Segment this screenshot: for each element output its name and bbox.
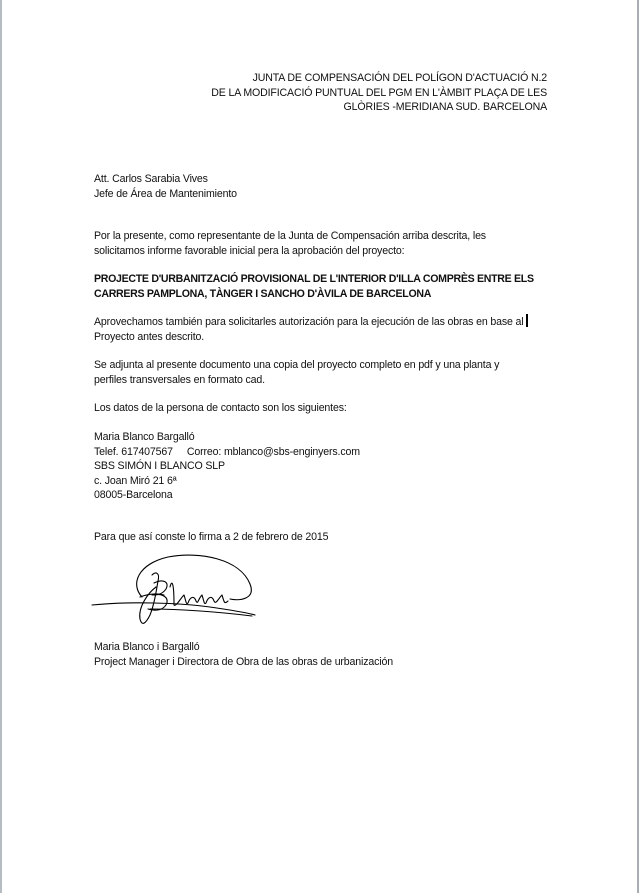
authorization-line-2: Proyecto antes descrito. bbox=[94, 330, 528, 345]
attachment-line-2: perfiles transversales en formato cad. bbox=[94, 373, 499, 388]
project-title-line-2: CARRERS PAMPLONA, TÀNGER I SANCHO D'ÀVIL… bbox=[94, 287, 534, 302]
recipient-name: Att. Carlos Sarabia Vives bbox=[94, 172, 237, 187]
letter-header: JUNTA DE COMPENSACIÓN DEL POLÍGON D'ACTU… bbox=[211, 71, 547, 115]
intro-line-2: solicitamos informe favorable inicial pe… bbox=[94, 244, 486, 259]
signature-block: Maria Blanco i Bargalló Project Manager … bbox=[94, 640, 393, 669]
text-cursor bbox=[526, 314, 528, 327]
attachment-line-1: Se adjunta al presente documento una cop… bbox=[94, 358, 499, 373]
recipient-block: Att. Carlos Sarabia Vives Jefe de Área d… bbox=[94, 172, 237, 201]
contact-intro: Los datos de la persona de contacto son … bbox=[94, 401, 347, 416]
intro-paragraph: Por la presente, como representante de l… bbox=[94, 229, 486, 258]
attachment-paragraph: Se adjunta al presente documento una cop… bbox=[94, 358, 499, 387]
contact-block: Maria Blanco Bargalló Telef. 617407567Co… bbox=[94, 430, 360, 503]
signatory-name: Maria Blanco i Bargalló bbox=[94, 640, 393, 655]
contact-address: c. Joan Miró 21 6ª bbox=[94, 474, 360, 489]
project-title: PROJECTE D'URBANITZACIÓ PROVISIONAL DE L… bbox=[94, 272, 534, 301]
authorization-line-1: Aprovechamos también para solicitarles a… bbox=[94, 316, 523, 328]
contact-email: Correo: mblanco@sbs-enginyers.com bbox=[187, 446, 360, 458]
header-line-2: DE LA MODIFICACIÓ PUNTUAL DEL PGM EN L'À… bbox=[211, 86, 547, 101]
closing-line: Para que así conste lo firma a 2 de febr… bbox=[94, 530, 328, 545]
intro-line-1: Por la presente, como representante de l… bbox=[94, 229, 486, 244]
authorization-paragraph: Aprovechamos también para solicitarles a… bbox=[94, 314, 528, 344]
contact-name: Maria Blanco Bargalló bbox=[94, 430, 360, 445]
project-title-line-1: PROJECTE D'URBANITZACIÓ PROVISIONAL DE L… bbox=[94, 272, 534, 287]
signatory-title: Project Manager i Directora de Obra de l… bbox=[94, 655, 393, 670]
contact-city: 08005-Barcelona bbox=[94, 488, 360, 503]
contact-phone: Telef. 617407567 bbox=[94, 446, 173, 458]
header-line-3: GLÒRIES -MERIDIANA SUD. BARCELONA bbox=[211, 100, 547, 115]
header-line-1: JUNTA DE COMPENSACIÓN DEL POLÍGON D'ACTU… bbox=[211, 71, 547, 86]
contact-company: SBS SIMÓN I BLANCO SLP bbox=[94, 459, 360, 474]
signature-icon bbox=[90, 549, 270, 639]
recipient-role: Jefe de Área de Mantenimiento bbox=[94, 187, 237, 202]
document-page: JUNTA DE COMPENSACIÓN DEL POLÍGON D'ACTU… bbox=[0, 0, 639, 893]
